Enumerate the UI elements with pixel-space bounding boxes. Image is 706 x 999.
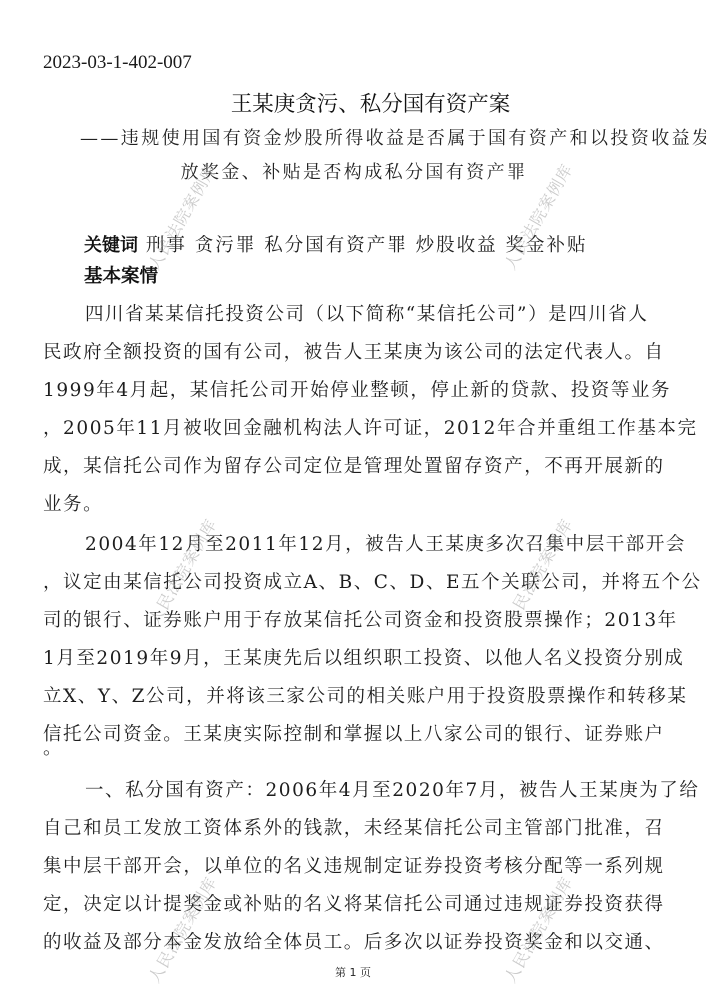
body-line: 的收益及部分本金发放给全体员工。后多次以证券投资奖金和以交通、	[43, 928, 665, 954]
subtitle-line-1: ——违规使用国有资金炒股所得收益是否属于国有资产和以投资收益发	[80, 124, 706, 150]
body-line: 自己和员工发放工资体系外的钱款，未经某信托公司主管部门批准，召	[43, 814, 665, 840]
keywords-label: 关键词	[84, 235, 138, 256]
page-number: 第 1 页	[0, 964, 706, 980]
body-line: 一、私分国有资产：2006年4月至2020年7月，被告人王某庚为了给	[85, 776, 699, 802]
keyword: 刑事	[146, 235, 187, 256]
keyword: 炒股收益	[416, 235, 498, 256]
body-line: 司的银行、证券账户用于存放某信托公司资金和投资股票操作；2013年	[43, 606, 678, 632]
subtitle-line-2: 放奖金、补贴是否构成私分国有资产罪	[0, 158, 706, 184]
body-line: 集中层干部开会，以单位的名义违规制定证券投资考核分配等一系列规	[43, 852, 665, 878]
body-line: 信托公司资金。王某庚实际控制和掌握以上八家公司的银行、证券账户	[43, 720, 665, 746]
body-line: 。	[43, 734, 63, 760]
case-number: 2023-03-1-402-007	[43, 52, 192, 74]
body-line: 民政府全额投资的国有公司，被告人王某庚为该公司的法定代表人。自	[43, 338, 665, 364]
body-line: 1月至2019年9月，王某庚先后以组织职工投资、以他人名义投资分别成	[43, 644, 684, 670]
section-heading-basic-facts: 基本案情	[84, 262, 158, 288]
keywords-row: 关键词 刑事 贪污罪 私分国有资产罪 炒股收益 奖金补贴	[84, 231, 588, 257]
body-line: 四川省某某信托投资公司（以下简称“某信托公司”）是四川省人	[85, 300, 648, 326]
body-line: ，2005年11月被收回金融机构法人许可证，2012年合并重组工作基本完	[43, 414, 698, 440]
keyword: 私分国有资产罪	[264, 235, 408, 256]
body-line: 1999年4月起，某信托公司开始停业整顿，停止新的贷款、投资等业务	[43, 376, 671, 402]
body-line: 2004年12月至2011年12月，被告人王某庚多次召集中层干部开会	[85, 530, 686, 556]
document-title: 王某庚贪污、私分国有资产案	[0, 87, 706, 118]
body-line: 立X、Y、Z公司，并将该三家公司的相关账户用于投资股票操作和转移某	[43, 682, 687, 708]
body-line: ，议定由某信托公司投资成立A、B、C、D、E五个关联公司，并将五个公	[43, 568, 702, 594]
body-line: 定，决定以计提奖金或补贴的名义将某信托公司通过违规证券投资获得	[43, 890, 665, 916]
body-line: 成，某信托公司作为留存公司定位是管理处置留存资产，不再开展新的	[43, 452, 665, 478]
keyword: 奖金补贴	[506, 235, 588, 256]
keyword: 贪污罪	[195, 235, 257, 256]
body-line: 业务。	[43, 490, 103, 516]
document-page: 2023-03-1-402-007 王某庚贪污、私分国有资产案 ——违规使用国有…	[0, 0, 706, 999]
